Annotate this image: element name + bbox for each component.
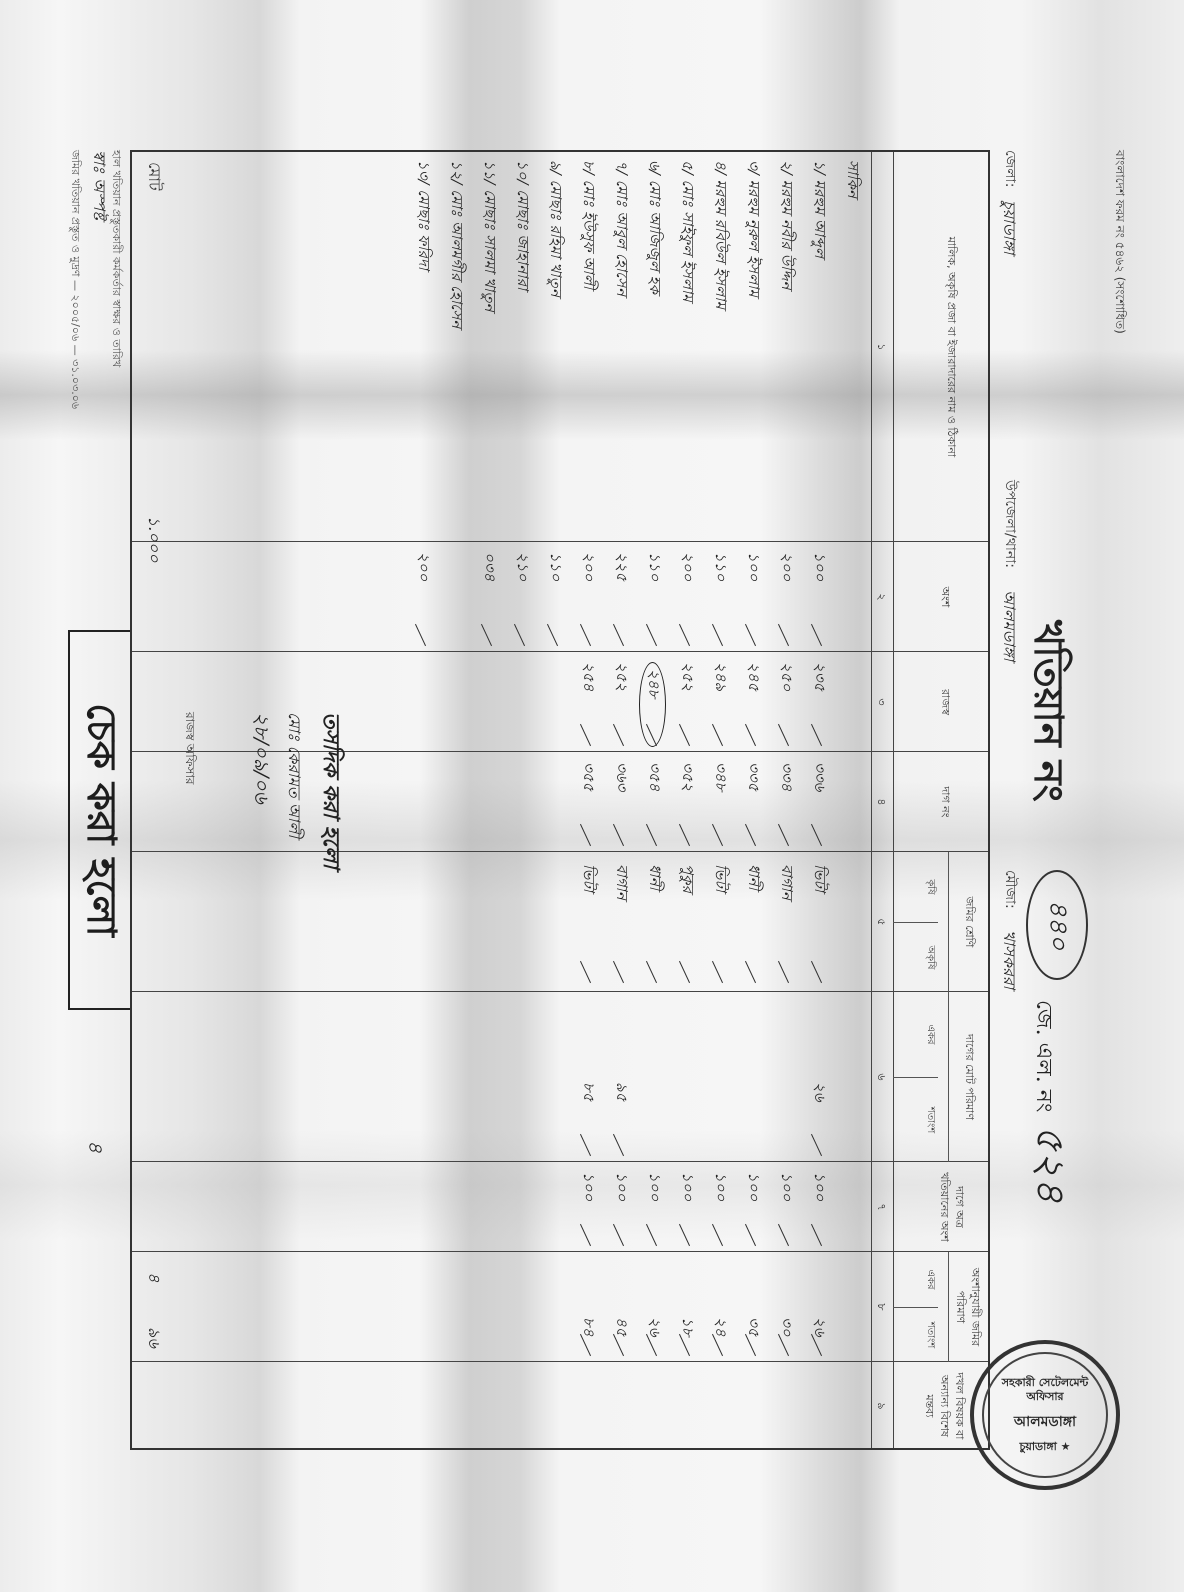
header-share: অংশ [893, 542, 988, 652]
cell-dag: ৩৩৬ [806, 762, 831, 847]
cell-dag: ৩৬৩ [608, 762, 633, 847]
header-land-amount-sub: একর [921, 1252, 938, 1307]
cell-dag: ৩৫৫ [575, 762, 600, 847]
cell-class: পুকুর [674, 864, 699, 984]
cell-owner: ৭/ মোঃ আবুল হোসেন [608, 160, 633, 535]
cell-portion: ১০০ [674, 1172, 699, 1247]
cell-class: ভিটা [806, 864, 831, 984]
cell-dag: ৩৩৫ [740, 762, 765, 847]
column-numbers: ১ ২ ৩ ৪ ৫ ৬ ৭ ৮ ৯ [871, 152, 893, 1448]
column-number: ১ [871, 152, 890, 542]
cell-share: ২০০ [410, 552, 435, 647]
khatian-table: মালিক, অকৃষি প্রজা বা ইজারাদারের নাম ও ঠ… [130, 150, 990, 1450]
cell-portion: ১০০ [608, 1172, 633, 1247]
khatian-number: ৪৪০ [1026, 870, 1088, 980]
cell-portion: ১০০ [641, 1172, 666, 1247]
cell-share: ১০০ [806, 552, 831, 647]
header-land-class-sub: অকৃষি [893, 922, 938, 992]
cell-revenue: ২৫২ [608, 662, 633, 747]
table-row: ১/ মরহুম আব্দুল১০০২৩৫৩৩৬ভিটা২৬১০০২৬ [802, 152, 835, 1452]
cell-dag: ৩৪৮ [707, 762, 732, 847]
column-number: ২ [871, 542, 890, 652]
table-row: ৬/ মোঃ আজিজুল হক১১০২৪৮৩৫৪ধানী১০০২৬ [637, 152, 670, 1452]
table-row: ৩/ মরহুম নুরুল ইসলাম১০০২৪৫৩৩৫ধানী১০০৩৫ [736, 152, 769, 1452]
cell-portion: ১০০ [740, 1172, 765, 1247]
table-row: ১১/ মোছাঃ সালমা খাতুন০৩৪ [472, 152, 505, 1452]
cell-share: ১১০ [542, 552, 567, 647]
cell-owner: ৫/ মোঃ সাইফুল ইসলাম [674, 160, 699, 535]
table-row: সাকিন [835, 152, 868, 1452]
table-row: ৮/ মোঃ ইউসুফ আলী২০০২৫৪৩৫৫ভিটা৮৫১০০৮৪ [571, 152, 604, 1452]
jl-label: জে. এল. নং [1031, 1000, 1056, 1112]
upazila-label: উপজেলা/থানা: [998, 480, 1022, 568]
cell-class: ধানী [641, 864, 666, 984]
mouza-value: খাসকররা [995, 930, 1022, 989]
cell-revenue: ২৫০ [773, 662, 798, 747]
jl-value: ৫২৪ [1027, 1125, 1073, 1203]
footer-signature: স্বাঃ অস্পষ্ট [85, 150, 112, 220]
column-number: ৫ [871, 852, 890, 992]
total-label-text: মোট [145, 162, 164, 191]
cell-owner: ৩/ মরহুম নুরুল ইসলাম [740, 160, 765, 535]
district-value: চুয়াডাঙ্গা [995, 200, 1022, 254]
cell-share: ১১০ [707, 552, 732, 647]
table-row: ৪/ মরহুম রবিউল ইসলাম১১০২৪৯৩৪৮ভিটা১০০২৪ [703, 152, 736, 1452]
column-number: ৭ [871, 1162, 890, 1252]
verification-date: ২৮/০৯/০৬ [243, 712, 276, 1072]
cell-share: ১০০ [740, 552, 765, 647]
form-header: বাংলাদেশ ফরম নং ৫৪৬২ (সংশোধিত) [1108, 150, 1128, 334]
cell-revenue: ২৪৯ [707, 662, 732, 747]
cell-portion: ১০০ [773, 1172, 798, 1247]
cell-share: ২০০ [575, 552, 600, 647]
cell-class: ভিটা [575, 864, 600, 984]
table-row: ৭/ মোঃ আবুল হোসেন২২৫২৫২৩৬৩বাগান৯৫১০০৪৫ [604, 152, 637, 1452]
district-label: জেলা: [998, 150, 1022, 187]
khatian-page: বাংলাদেশ ফরম নং ৫৪৬২ (সংশোধিত) খতিয়ান ন… [60, 110, 1140, 1510]
revenue-officer-label: রাজস্ব অফিসার [178, 712, 198, 785]
total-share: ১.০০০ [145, 516, 164, 563]
cell-area: ২৬ [806, 1082, 831, 1157]
cell-dag: ৩৫২ [674, 762, 699, 847]
location-row: জেলা: চুয়াডাঙ্গা উপজেলা/থানা: আলমডাঙ্গা… [990, 150, 1030, 1470]
cell-revenue: ২৩৫ [806, 662, 831, 747]
cell-portion: ১০০ [575, 1172, 600, 1247]
cell-owner: ৮/ মোঃ ইউসুফ আলী [575, 160, 600, 535]
table-row: ১৩/ মোছাঃ ফরিদা২০০ [406, 152, 439, 1452]
header-total-area-sub: শতাংশ [893, 1077, 938, 1162]
cell-portion: ১০০ [806, 1172, 831, 1247]
cell-revenue: ২৪৫ [740, 662, 765, 747]
verification-signature: মোঃ কেরামত আলী [280, 712, 307, 1072]
cell-owner: ৪/ মরহুম রবিউল ইসলাম [707, 160, 732, 535]
cell-revenue: ২৪৮ [639, 662, 666, 747]
table-header: মালিক, অকৃষি প্রজা বা ইজারাদারের নাম ও ঠ… [893, 152, 988, 1448]
table-row: ১০/ মোছাঃ জাহানারা২১০ [505, 152, 538, 1452]
cell-owner: ১২/ মোঃ আলমগীর হোসেন [443, 160, 468, 535]
cell-owner: ১০/ মোছাঃ জাহানারা [509, 160, 534, 535]
total-label: মোট ১.০০০ ৪ ৯৬ [140, 162, 167, 563]
header-land-amount-sub: শতাংশ [893, 1307, 938, 1362]
cell-owner: ১/ মরহুম আব্দুল [806, 160, 831, 535]
official-seal: সহকারী সেটেলমেন্ট অফিসার আলমডাঙ্গা চুয়া… [970, 1340, 1120, 1490]
cell-class: বাগান [773, 864, 798, 984]
header-portion: দাগে অত্র খতিয়ানের অংশ [893, 1162, 988, 1252]
cell-owner: ১১/ মোছাঃ সালমা খাতুন [476, 160, 501, 535]
header-total-area: দাগের মোট পরিমাণ [948, 992, 988, 1162]
table-row: ৫/ মোঃ সাইফুল ইসলাম২০০২৫২৩৫২পুকুর১০০১৮ [670, 152, 703, 1452]
column-number: ৩ [871, 652, 890, 752]
column-number: ৮ [871, 1252, 890, 1362]
cell-owner: সাকিন [839, 160, 864, 535]
cell-share: ২০০ [674, 552, 699, 647]
verification-title: তসদিক করা হলো [311, 712, 348, 1072]
cell-class: ধানী [740, 864, 765, 984]
cell-dag: ৩৩৪ [773, 762, 798, 847]
column-number: ৬ [871, 992, 890, 1162]
cell-class: ভিটা [707, 864, 732, 984]
cell-share: ১১০ [641, 552, 666, 647]
cell-owner: ৯/ মোছাঃ রহিমা খাতুন [542, 160, 567, 535]
table-row: ৯/ মোছাঃ রহিমা খাতুন১১০ [538, 152, 571, 1452]
cell-share: ২২৫ [608, 552, 633, 647]
total-acres: ৪ [140, 1272, 167, 1332]
footer-line-2: জমির খতিয়ান প্রস্তুত ও মুদ্রণ — ২০০৫/০৬… [65, 150, 84, 610]
table-row: ১২/ মোঃ আলমগীর হোসেন [439, 152, 472, 1452]
header-revenue: রাজস্ব [893, 652, 988, 752]
cell-owner: ১৩/ মোছাঃ ফরিদা [410, 160, 435, 535]
cell-revenue: ২৫২ [674, 662, 699, 747]
header-dag: দাগ নং [893, 752, 988, 852]
checked-stamp-text: চেক করা হলো [67, 703, 134, 937]
upazila-value: আলমডাঙ্গা [995, 590, 1022, 661]
header-owner: মালিক, অকৃষি প্রজা বা ইজারাদারের নাম ও ঠ… [893, 152, 988, 542]
cell-area: ৮৫ [575, 1082, 600, 1157]
cell-share: ০৩৪ [476, 552, 501, 647]
checked-stamp: চেক করা হলো [68, 630, 130, 1010]
cell-owner: ২/ মরহুম নবীর উদ্দিন [773, 160, 798, 535]
cell-area: ৯৫ [608, 1082, 633, 1157]
header-total-area-sub: একর [921, 992, 938, 1077]
column-number: ৪ [871, 752, 890, 852]
seal-bottom-text: চুয়াডাঙ্গা ★ [1001, 1440, 1088, 1454]
cell-class: বাগান [608, 864, 633, 984]
cell-dag: ৩৫৪ [641, 762, 666, 847]
cell-owner: ৬/ মোঃ আজিজুল হক [641, 160, 666, 535]
column-number: ৯ [871, 1362, 890, 1450]
cell-portion: ১০০ [707, 1172, 732, 1247]
seal-middle-text: আলমডাঙ্গা [1014, 1410, 1076, 1434]
verification-block: তসদিক করা হলো মোঃ কেরামত আলী ২৮/০৯/০৬ [198, 712, 348, 1072]
mouza-label: মৌজা: [998, 870, 1022, 909]
cell-share: ২১০ [509, 552, 534, 647]
header-land-class-sub: কৃষি [921, 852, 938, 922]
total-decimals: ৯৬ [140, 1327, 167, 1387]
page-number: ৪ [77, 1140, 110, 1153]
seal-top-text: সহকারী সেটেলমেন্ট অফিসার [974, 1376, 1116, 1405]
cell-share: ২০০ [773, 552, 798, 647]
cell-revenue: ২৫৪ [575, 662, 600, 747]
table-row: ২/ মরহুম নবীর উদ্দিন২০০২৫০৩৩৪বাগান১০০৩০ [769, 152, 802, 1452]
header-land-class: জমির শ্রেণি [948, 852, 988, 992]
header-land-amount: অংশানুযায়ী জমির পরিমাণ [948, 1252, 988, 1362]
